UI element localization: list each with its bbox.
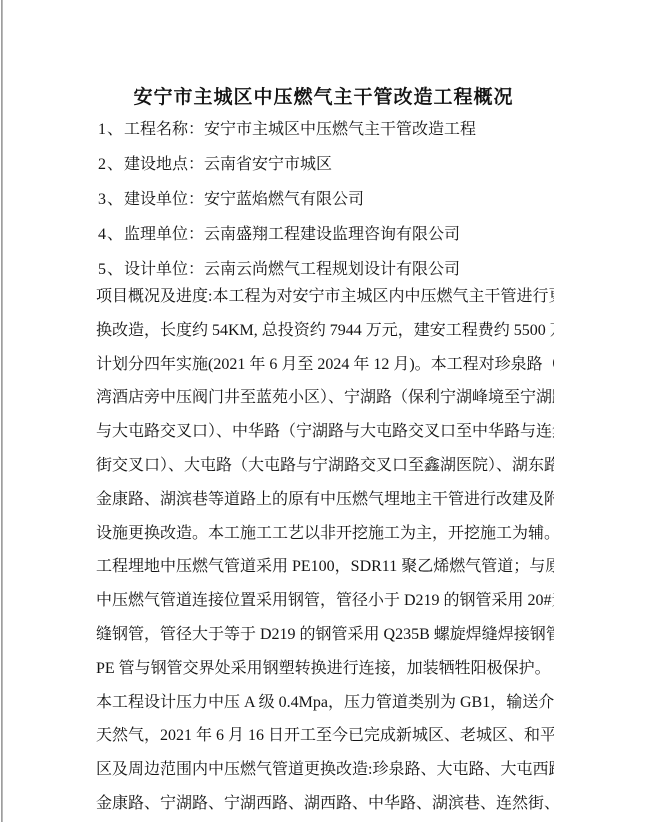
info-item-label: 建设地点： — [124, 156, 204, 173]
info-item-construction-unit: 3、建设单位：安宁蓝焰燃气有限公司 — [98, 182, 568, 217]
info-item-project-name: 1、工程名称：安宁市主城区中压燃气主干管改造工程 — [98, 112, 568, 147]
info-item-number: 3、 — [98, 191, 124, 208]
body-line: 本工程设计压力中压 A 级 0.4Mpa，压力管道类别为 GB1，输送介质为 — [96, 686, 554, 720]
body-line: 街交叉口）、大屯路（大屯路与宁湖路交叉口至鑫湖医院）、湖东路、 — [96, 449, 554, 483]
project-overview-paragraphs: 项目概况及进度:本工程为对安宁市主城区内中压燃气主干管进行更 换改造，长度约 5… — [96, 280, 554, 821]
body-line: 湾酒店旁中压阀门井至蓝苑小区）、宁湖路（保利宁湖峰境至宁湖路 — [96, 381, 554, 415]
info-item-label: 监理单位： — [124, 226, 204, 243]
info-item-supervision-unit: 4、监理单位：云南盛翔工程建设监理咨询有限公司 — [98, 217, 568, 252]
body-line: 设施更换改造。本工施工工艺以非开挖施工为主，开挖施工为辅。本 — [96, 517, 554, 551]
info-item-value: 云南盛翔工程建设监理咨询有限公司 — [204, 226, 460, 243]
info-item-location: 2、建设地点：云南省安宁市城区 — [98, 147, 568, 182]
body-line: 与大屯路交叉口）、中华路（宁湖路与大屯路交叉口至中华路与连然 — [96, 415, 554, 449]
info-item-number: 2、 — [98, 156, 124, 173]
body-line: 缝钢管，管径大于等于 D219 的钢管采用 Q235B 螺旋焊缝焊接钢管； — [96, 618, 554, 652]
document-page: 安宁市主城区中压燃气主干管改造工程概况 1、工程名称：安宁市主城区中压燃气主干管… — [0, 0, 647, 822]
page-edge-divider — [1, 0, 3, 822]
info-item-number: 5、 — [98, 261, 124, 278]
body-line: 天然气，2021 年 6 月 16 日开工至今已完成新城区、老城区、和平片 — [96, 719, 554, 753]
info-item-value: 云南省安宁市城区 — [204, 156, 332, 173]
body-line: 金康路、宁湖路、宁湖西路、湖西路、中华路、湖滨巷、连然街、安 — [96, 787, 554, 821]
body-line: 项目概况及进度:本工程为对安宁市主城区内中压燃气主干管进行更 — [96, 280, 554, 314]
info-item-value: 安宁蓝焰燃气有限公司 — [204, 191, 364, 208]
body-line: 中压燃气管道连接位置采用钢管，管径小于 D219 的钢管采用 20#无 — [96, 584, 554, 618]
info-item-label: 建设单位： — [124, 191, 204, 208]
body-line: PE 管与钢管交界处采用钢塑转换进行连接，加装牺牲阳极保护。 — [96, 652, 554, 686]
info-item-label: 设计单位： — [124, 261, 204, 278]
info-item-value: 安宁市主城区中压燃气主干管改造工程 — [204, 121, 476, 138]
info-item-label: 工程名称： — [124, 121, 204, 138]
document-title: 安宁市主城区中压燃气主干管改造工程概况 — [0, 82, 647, 109]
body-line: 金康路、湖滨巷等道路上的原有中压燃气埋地主干管进行改建及附属 — [96, 483, 554, 517]
body-line: 计划分四年实施(2021 年 6 月至 2024 年 12 月)。本工程对珍泉路… — [96, 348, 554, 382]
body-line: 换改造，长度约 54KM, 总投资约 7944 万元，建安工程费约 5500 万… — [96, 314, 554, 348]
body-line: 区及周边范围内中压燃气管道更换改造:珍泉路、大屯路、大屯西路、 — [96, 753, 554, 787]
body-line: 工程埋地中压燃气管道采用 PE100，SDR11 聚乙烯燃气管道；与原有 — [96, 550, 554, 584]
info-item-number: 4、 — [98, 226, 124, 243]
info-item-number: 1、 — [98, 121, 124, 138]
info-item-value: 云南云尚燃气工程规划设计有限公司 — [204, 261, 460, 278]
project-info-list: 1、工程名称：安宁市主城区中压燃气主干管改造工程 2、建设地点：云南省安宁市城区… — [98, 112, 568, 287]
